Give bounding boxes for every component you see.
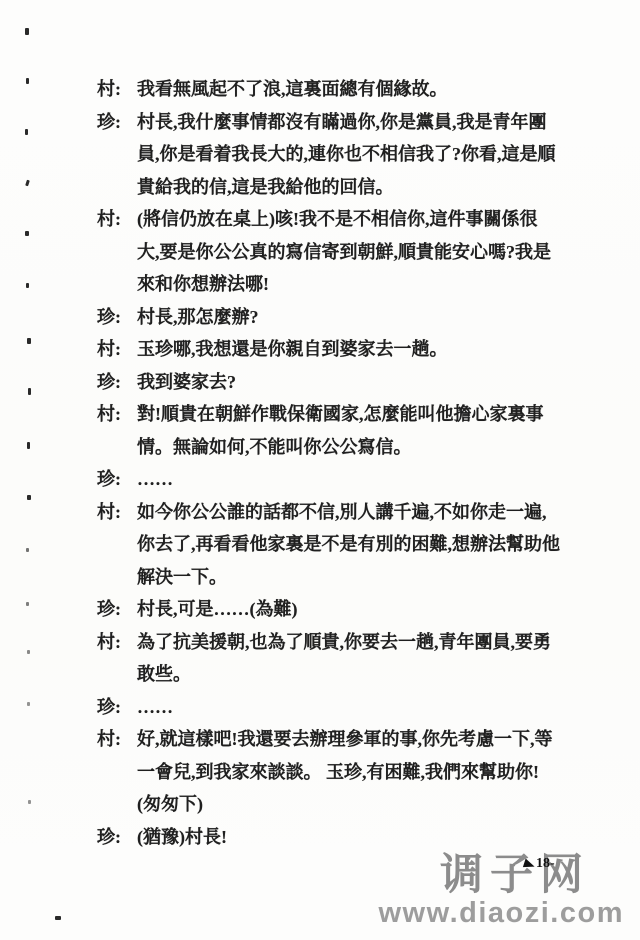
dialogue-line: 貴給我的信,這是我給他的回信。 [137,171,567,204]
dialogue-line: 大,要是你公公真的寫信寄到朝鮮,順貴能安心嗎?我是 [137,236,567,269]
speaker-label: 村: [97,73,121,106]
dialogue-line: 敢些。 [137,658,567,691]
scan-speck [26,548,29,552]
dialogue-line: 我到婆家去? [137,366,567,399]
speaker-label: 村: [97,626,121,659]
speaker-label: 珍: [97,301,121,334]
dialogue-line: 解決一下。 [137,561,567,594]
dialogue-line: 情。無論如何,不能叫你公公寫信。 [137,431,567,464]
speaker-label: 村: [97,333,121,366]
scan-speck [26,602,29,606]
dialogue-line: 對!順貴在朝鮮作戰保衛國家,怎麼能叫他擔心家裏事 [137,398,567,431]
dialogue-line: 好,就這樣吧!我還要去辦理參軍的事,你先考慮一下,等 [137,723,567,756]
dialogue-line: (將信仍放在桌上)咳!我不是不相信你,這件事關係很 [137,203,567,236]
dialogue-entry: 村: 玉珍哪,我想還是你親自到婆家去一趟。 [97,333,567,366]
speaker-label: 村: [97,723,121,756]
scan-speck [26,78,29,84]
dialogue-entry: 村: 對!順貴在朝鮮作戰保衛國家,怎麼能叫他擔心家裏事 情。無論如何,不能叫你公… [97,398,567,463]
dialogue-entry: 珍: 我到婆家去? [97,366,567,399]
dialogue-line: …… [137,691,567,724]
page-number: 18- [536,856,555,872]
speaker-label: 珍: [97,691,121,724]
watermark-site-url: www.diaozi.com [378,899,624,928]
ink-blot-artifact [523,858,536,870]
dialogue-line: 來和你想辦法哪! [137,268,567,301]
scan-speck [27,338,31,344]
dialogue-line: (猶豫)村長! [137,821,567,854]
dialogue-entry: 珍: …… [97,691,567,724]
scan-speck [55,916,61,920]
page-number-area: 18- [524,856,555,872]
dialogue-line: 村長,那怎麼辦? [137,301,567,334]
scan-speck [28,800,31,804]
dialogue-line: 村長,可是……(為難) [137,593,567,626]
dialogue-line: …… [137,463,567,496]
speaker-label: 珍: [97,463,121,496]
dialogue-entry: 珍: 村長,我什麼事情都沒有瞞過你,你是黨員,我是青年團 員,你是看着我長大的,… [97,106,567,204]
dialogue-entry: 珍: 村長,可是……(為難) [97,593,567,626]
dialogue-line: 一會兒,到我家來談談。 玉珍,有困難,我們來幫助你! [137,756,567,789]
scan-speck [25,28,29,35]
speaker-label: 珍: [97,593,121,626]
scan-speck [27,495,31,500]
dialogue-entry: 村: 為了抗美援朝,也為了順貴,你要去一趟,青年團員,要勇 敢些。 [97,626,567,691]
dialogue-line: 員,你是看着我長大的,連你也不相信我了?你看,這是順 [137,138,567,171]
dialogue-entry: 珍: …… [97,463,567,496]
speaker-label: 珍: [97,366,121,399]
dialogue-line: (匆匆下) [137,788,567,821]
dialogue-line: 我看無風起不了浪,這裏面總有個緣故。 [137,73,567,106]
speaker-label: 珍: [97,821,121,854]
speaker-label: 村: [97,398,121,431]
play-script-text: 村: 我看無風起不了浪,這裏面總有個緣故。 珍: 村長,我什麼事情都沒有瞞過你,… [97,73,567,853]
scan-speck [27,650,30,654]
dialogue-line: 為了抗美援朝,也為了順貴,你要去一趟,青年團員,要勇 [137,626,567,659]
dialogue-entry: 村: (將信仍放在桌上)咳!我不是不相信你,這件事關係很 大,要是你公公真的寫信… [97,203,567,301]
dialogue-entry: 村: 好,就這樣吧!我還要去辦理參軍的事,你先考慮一下,等 一會兒,到我家來談談… [97,723,567,821]
scan-speck [25,129,28,135]
watermark-site-name: 调子网 [440,854,590,897]
dialogue-line: 村長,我什麼事情都沒有瞞過你,你是黨員,我是青年團 [137,106,567,139]
scan-speck [25,231,29,236]
speaker-label: 村: [97,496,121,529]
dialogue-entry: 珍: (猶豫)村長! [97,821,567,854]
scan-speck [28,388,31,395]
dialogue-line: 如今你公公誰的話都不信,別人講千遍,不如你走一遍, [137,496,567,529]
dialogue-entry: 村: 如今你公公誰的話都不信,別人講千遍,不如你走一遍, 你去了,再看看他家裏是… [97,496,567,594]
speaker-label: 村: [97,203,121,236]
dialogue-entry: 村: 我看無風起不了浪,這裏面總有個緣故。 [97,73,567,106]
scan-speck [27,442,30,449]
speaker-label: 珍: [97,106,121,139]
dialogue-entry: 珍: 村長,那怎麼辦? [97,301,567,334]
scan-speck [27,702,30,706]
dialogue-line: 你去了,再看看他家裏是不是有別的困難,想辦法幫助他 [137,528,567,561]
dialogue-line: 玉珍哪,我想還是你親自到婆家去一趟。 [137,333,567,366]
scan-speck [26,283,29,288]
